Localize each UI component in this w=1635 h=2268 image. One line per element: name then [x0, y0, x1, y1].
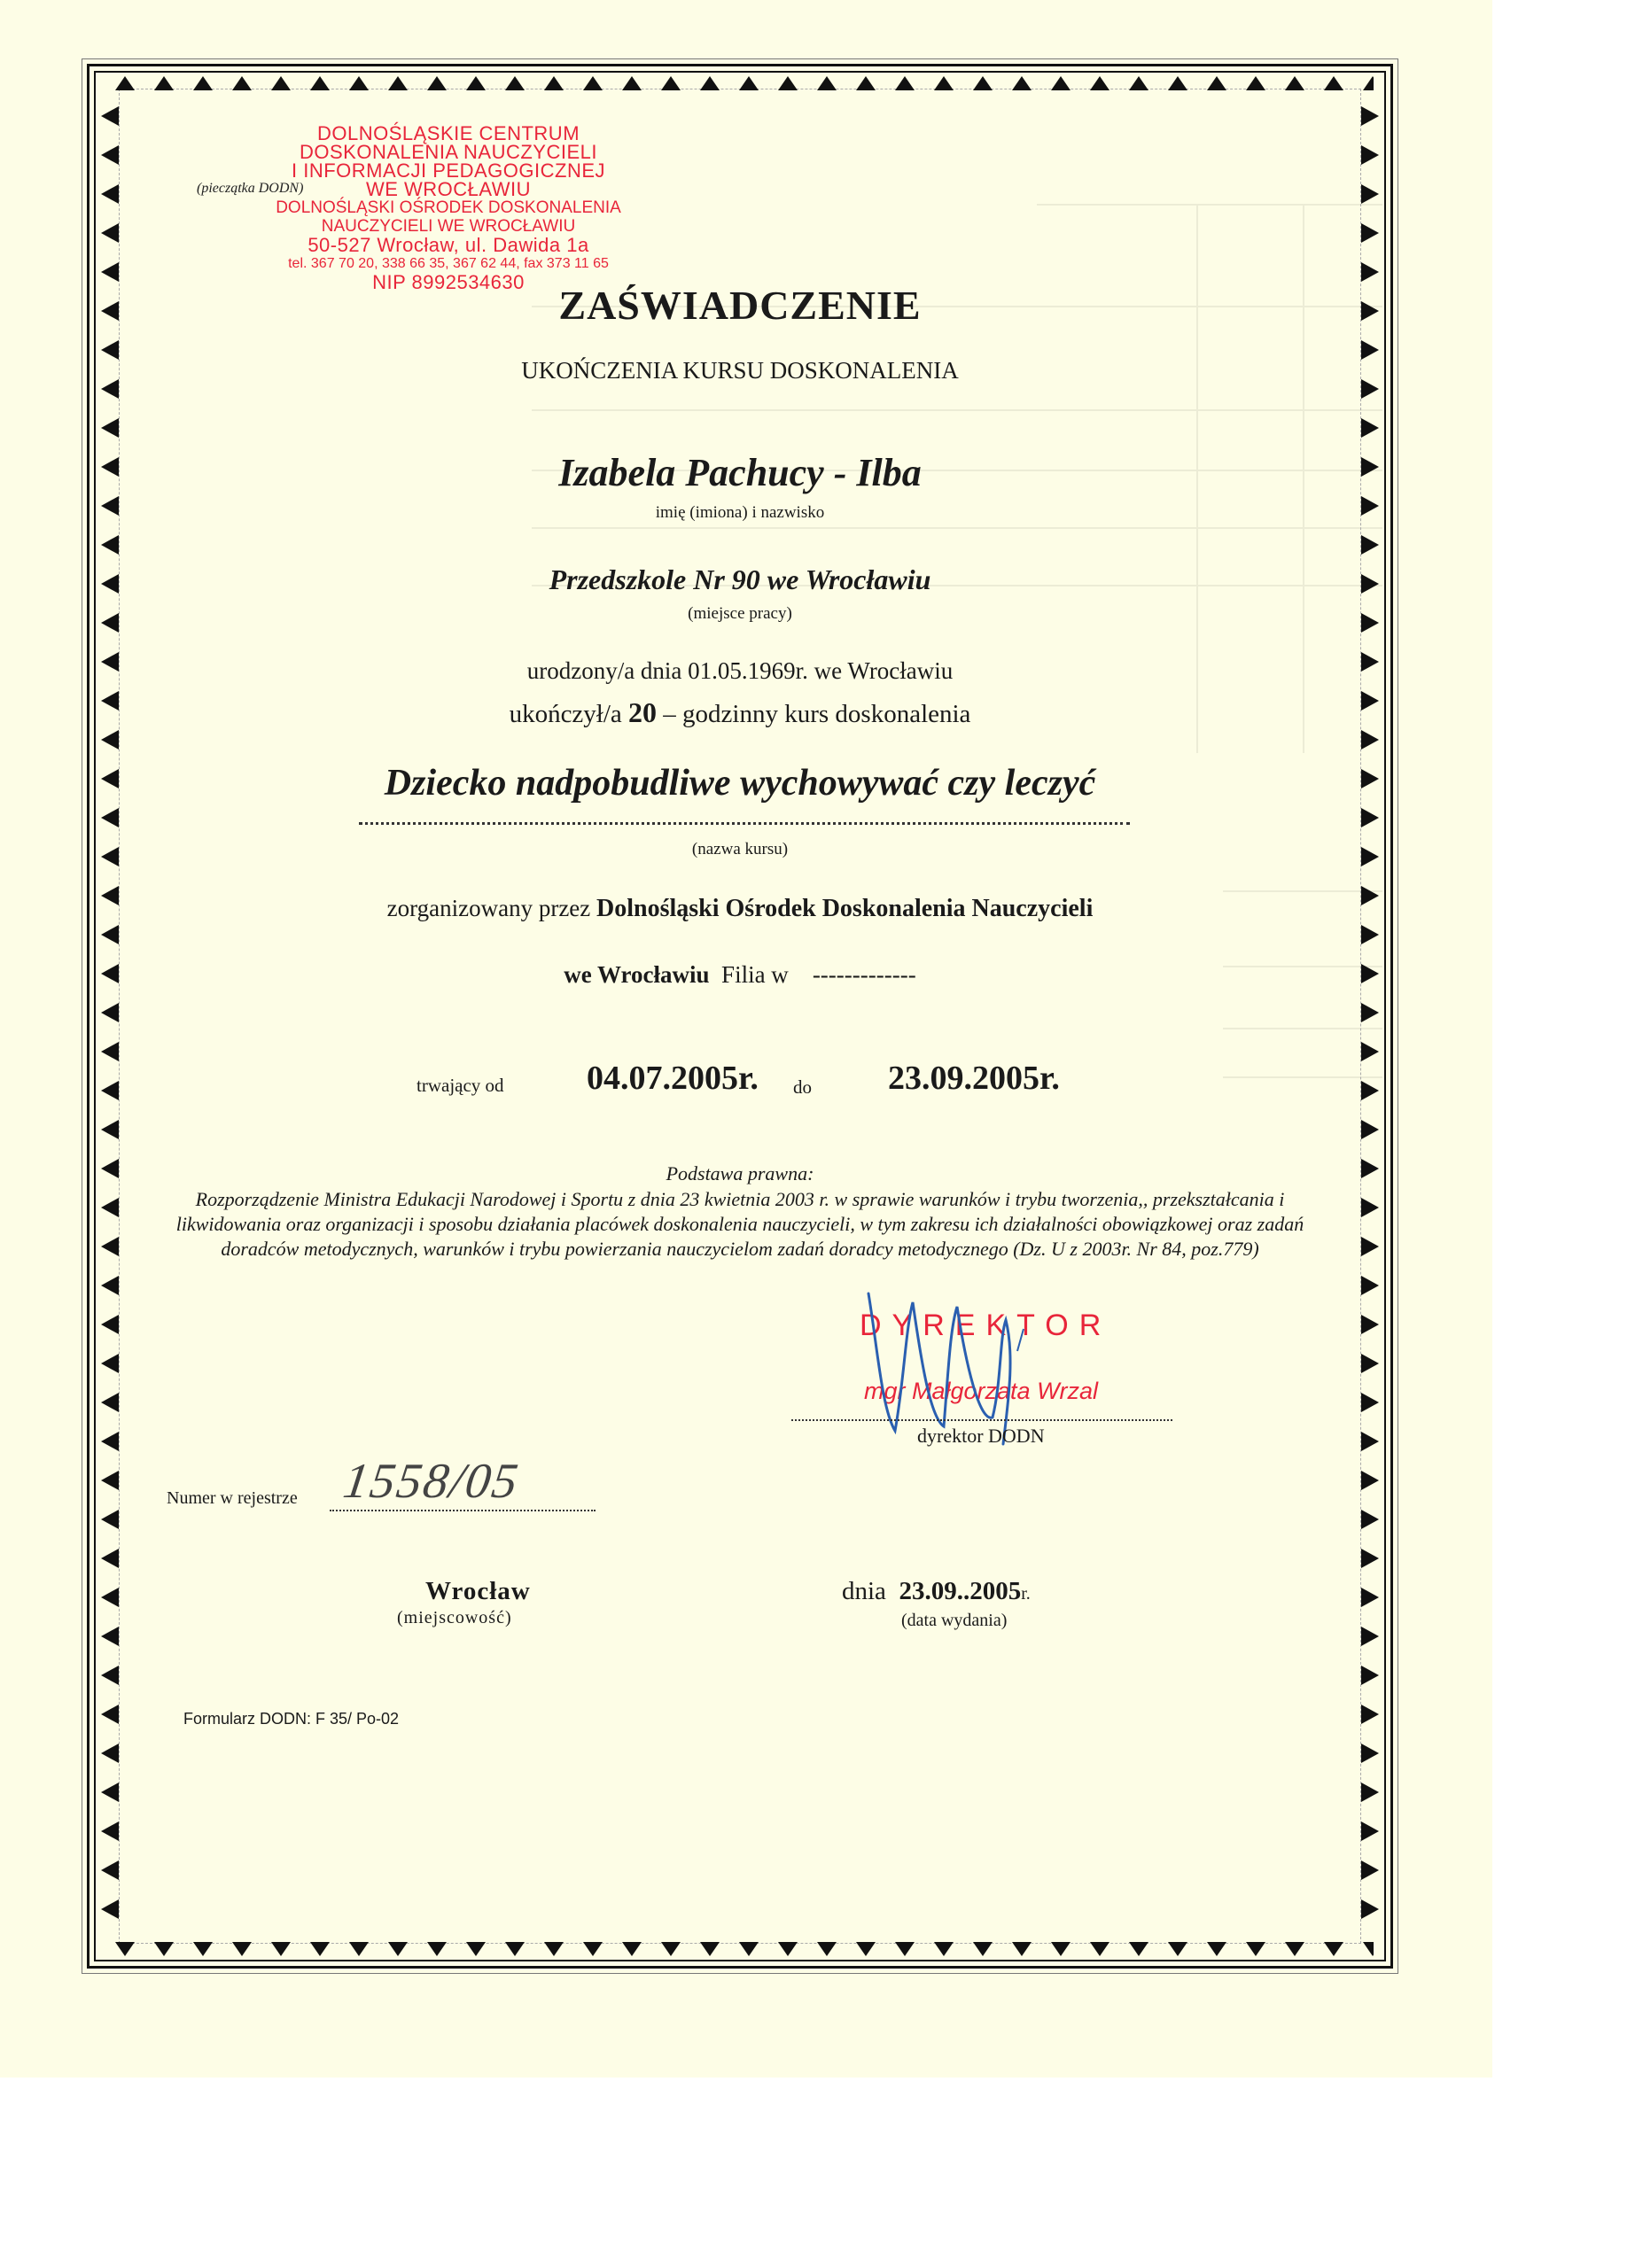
- issue-prefix: dnia: [842, 1577, 886, 1605]
- issue-date: 23.09..2005: [899, 1577, 1021, 1605]
- border-triangles-top: [106, 74, 1374, 90]
- course-hours: 20: [628, 696, 657, 728]
- name-caption: imię (imiona) i nazwisko: [119, 503, 1361, 523]
- course-caption: (nazwa kursu): [119, 840, 1361, 859]
- border-triangles-bottom: [106, 1942, 1374, 1958]
- border-triangles-left: [99, 97, 119, 1940]
- registry-dotted-line: [330, 1510, 596, 1511]
- to-date: 23.09.2005r.: [888, 1059, 1060, 1098]
- stamp-line: tel. 367 70 20, 338 66 35, 367 62 44, fa…: [200, 254, 697, 273]
- to-label: do: [793, 1076, 812, 1099]
- document-title: ZAŚWIADCZENIE: [119, 282, 1361, 329]
- stamp-line: DOLNOŚLĄSKI OŚRODEK DOSKONALENIA: [200, 198, 697, 217]
- stamp-line: DOLNOŚLĄSKIE CENTRUM: [200, 124, 697, 143]
- course-dotted-line: [359, 822, 1130, 825]
- stamp-line: I INFORMACJI PEDAGOGICZNEJ: [200, 161, 697, 180]
- registry-number: 1558/05: [340, 1453, 524, 1510]
- director-title: dyrektor DODN: [917, 1425, 1045, 1448]
- legal-basis-heading: Podstawa prawna:: [119, 1162, 1361, 1185]
- branch-city: we Wrocławiu: [564, 961, 709, 988]
- completion-prefix: ukończył/a: [510, 700, 628, 728]
- issue-caption: (data wydania): [901, 1611, 1007, 1631]
- completion-suffix: – godzinny kurs doskonalenia: [657, 700, 970, 728]
- workplace: Przedszkole Nr 90 we Wrocławiu: [119, 563, 1361, 596]
- organizer-name: Dolnośląski Ośrodek Doskonalenia Nauczyc…: [596, 895, 1093, 922]
- branch-label: Filia w: [721, 961, 789, 988]
- issue-city: Wrocław: [425, 1577, 531, 1606]
- from-label: trwający od: [417, 1075, 504, 1097]
- completion-line: ukończył/a 20 – godzinny kurs doskonalen…: [119, 696, 1361, 729]
- recipient-name: Izabela Pachucy - Ilba: [119, 450, 1361, 495]
- city-caption: (miejscowość): [397, 1608, 512, 1628]
- stamp-line: 50-527 Wrocław, ul. Dawida 1a: [200, 236, 697, 254]
- stamp-line: DOSKONALENIA NAUCZYCIELI: [200, 143, 697, 161]
- issue-date-line: dnia 23.09..2005r.: [842, 1577, 1031, 1606]
- legal-basis-text: Rozporządzenie Ministra Edukacji Narodow…: [168, 1187, 1312, 1262]
- workplace-caption: (miejsce pracy): [119, 604, 1361, 624]
- institution-stamp: DOLNOŚLĄSKIE CENTRUM DOSKONALENIA NAUCZY…: [200, 124, 697, 291]
- from-date: 04.07.2005r.: [587, 1059, 759, 1098]
- organizer-line: zorganizowany przez Dolnośląski Ośrodek …: [119, 895, 1361, 923]
- stamp-caption: (pieczątka DODN): [197, 181, 303, 197]
- organizer-prefix: zorganizowany przez: [387, 895, 596, 921]
- signature-dotted-line: [791, 1419, 1172, 1421]
- branch-line: we Wrocławiu Filia w -------------: [119, 961, 1361, 989]
- issue-suffix: r.: [1021, 1584, 1031, 1604]
- border-triangles-right: [1361, 97, 1381, 1940]
- stamp-line: NAUCZYCIELI WE WROCŁAWIU: [200, 217, 697, 236]
- birth-info: urodzony/a dnia 01.05.1969r. we Wrocławi…: [119, 657, 1361, 685]
- branch-value: -------------: [813, 961, 916, 988]
- document-subtitle: UKOŃCZENIA KURSU DOSKONALENIA: [119, 357, 1361, 384]
- form-code: Formularz DODN: F 35/ Po-02: [183, 1710, 399, 1728]
- course-name: Dziecko nadpobudliwe wychowywać czy lecz…: [119, 762, 1361, 804]
- registry-label: Numer w rejestrze: [167, 1488, 298, 1509]
